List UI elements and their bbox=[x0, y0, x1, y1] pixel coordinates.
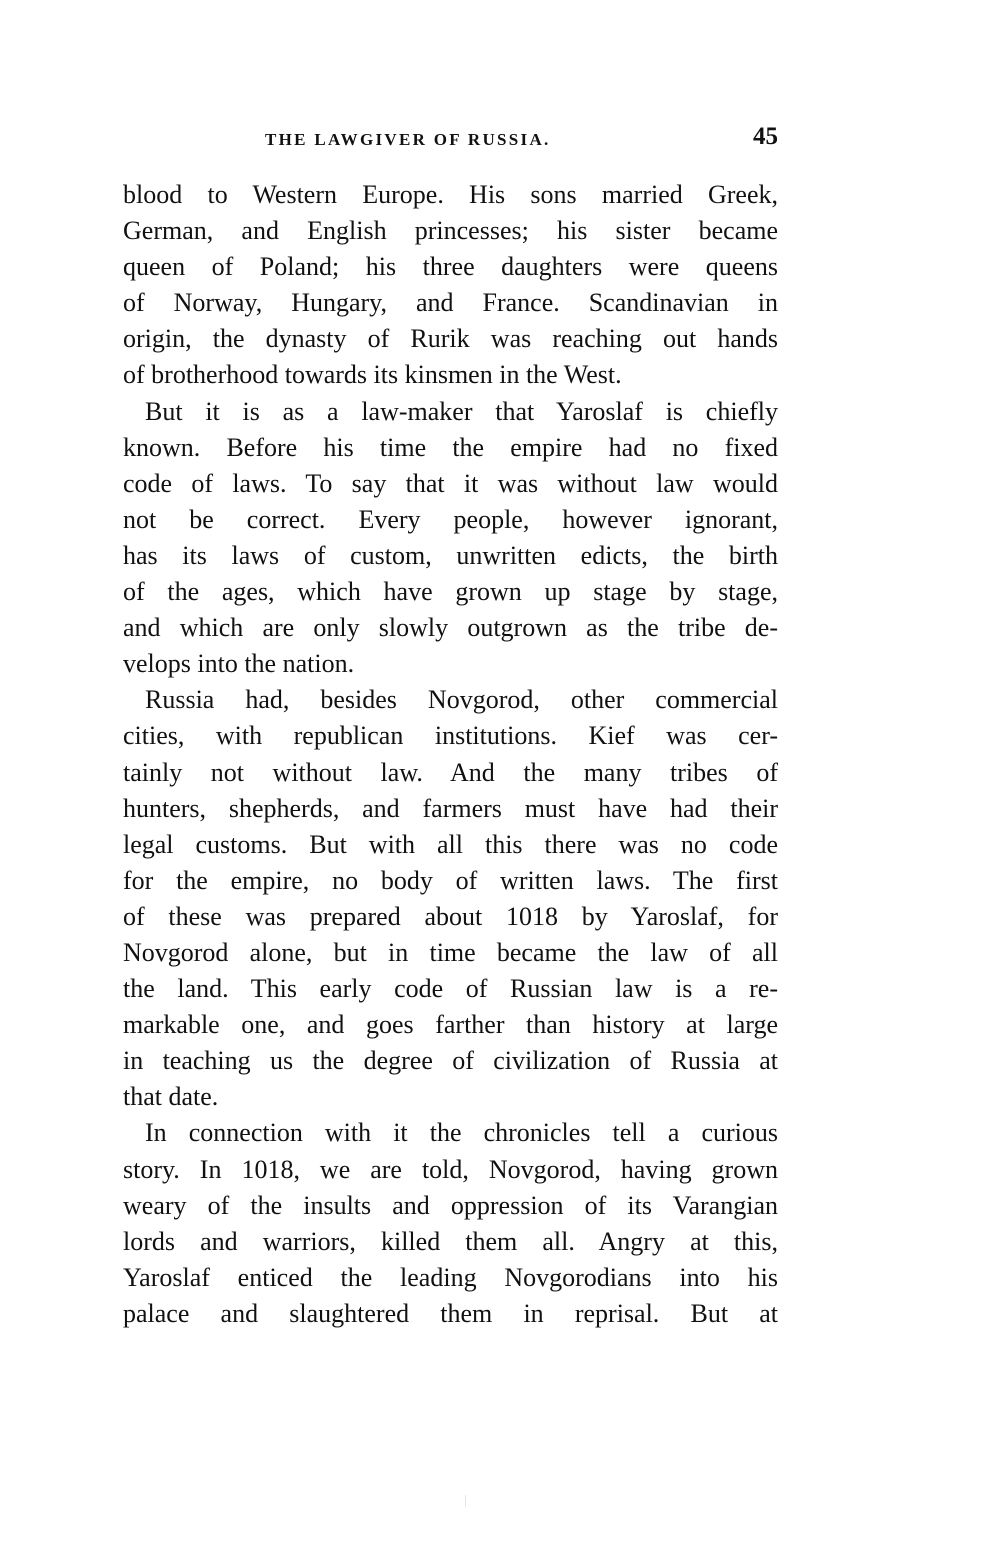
running-head: THE LAWGIVER OF RUSSIA. 45 bbox=[123, 126, 778, 162]
text-line: tainly not without law. And the many tri… bbox=[123, 755, 778, 791]
text-line: for the empire, no body of written laws.… bbox=[123, 863, 778, 899]
text-line: of these was prepared about 1018 by Yaro… bbox=[123, 899, 778, 935]
paragraph-3: Russia had, besides Novgorod, other comm… bbox=[123, 682, 778, 1115]
text-line: Russia had, besides Novgorod, other comm… bbox=[123, 682, 778, 718]
text-line: origin, the dynasty of Rurik was reachin… bbox=[123, 321, 778, 357]
text-line: in teaching us the degree of civilizatio… bbox=[123, 1043, 778, 1079]
paragraph-4: In connection with it the chronicles tel… bbox=[123, 1115, 778, 1332]
text-line: velops into the nation. bbox=[123, 646, 778, 682]
text-line: of the ages, which have grown up stage b… bbox=[123, 574, 778, 610]
text-line: blood to Western Europe. His sons marrie… bbox=[123, 177, 778, 213]
text-line: hunters, shepherds, and farmers must hav… bbox=[123, 791, 778, 827]
text-line: has its laws of custom, unwritten edicts… bbox=[123, 538, 778, 574]
text-line: In connection with it the chronicles tel… bbox=[123, 1115, 778, 1151]
text-line: But it is as a law-maker that Yaroslaf i… bbox=[123, 394, 778, 430]
scan-mark bbox=[465, 1495, 466, 1507]
book-page: THE LAWGIVER OF RUSSIA. 45 blood to West… bbox=[0, 0, 1000, 1557]
text-line: code of laws. To say that it was without… bbox=[123, 466, 778, 502]
text-line: markable one, and goes farther than hist… bbox=[123, 1007, 778, 1043]
text-line: story. In 1018, we are told, Novgorod, h… bbox=[123, 1152, 778, 1188]
text-line: weary of the insults and oppression of i… bbox=[123, 1188, 778, 1224]
text-line: not be correct. Every people, however ig… bbox=[123, 502, 778, 538]
text-line: palace and slaughtered them in reprisal.… bbox=[123, 1296, 778, 1332]
paragraph-1: blood to Western Europe. His sons marrie… bbox=[123, 177, 778, 394]
text-line: Yaroslaf enticed the leading Novgorodian… bbox=[123, 1260, 778, 1296]
text-line: Novgorod alone, but in time became the l… bbox=[123, 935, 778, 971]
text-line: cities, with republican institutions. Ki… bbox=[123, 718, 778, 754]
text-line: lords and warriors, killed them all. Ang… bbox=[123, 1224, 778, 1260]
text-line: of Norway, Hungary, and France. Scandina… bbox=[123, 285, 778, 321]
paragraph-2: But it is as a law-maker that Yaroslaf i… bbox=[123, 394, 778, 683]
text-line: queen of Poland; his three daughters wer… bbox=[123, 249, 778, 285]
page-number: 45 bbox=[753, 123, 778, 151]
text-line: German, and English princesses; his sist… bbox=[123, 213, 778, 249]
text-line: that date. bbox=[123, 1079, 778, 1115]
text-line: known. Before his time the empire had no… bbox=[123, 430, 778, 466]
text-line: legal customs. But with all this there w… bbox=[123, 827, 778, 863]
text-line: and which are only slowly outgrown as th… bbox=[123, 610, 778, 646]
text-body: blood to Western Europe. His sons marrie… bbox=[123, 177, 778, 1332]
text-line: the land. This early code of Russian law… bbox=[123, 971, 778, 1007]
text-line: of brotherhood towards its kinsmen in th… bbox=[123, 357, 778, 393]
running-title: THE LAWGIVER OF RUSSIA. bbox=[265, 130, 551, 150]
